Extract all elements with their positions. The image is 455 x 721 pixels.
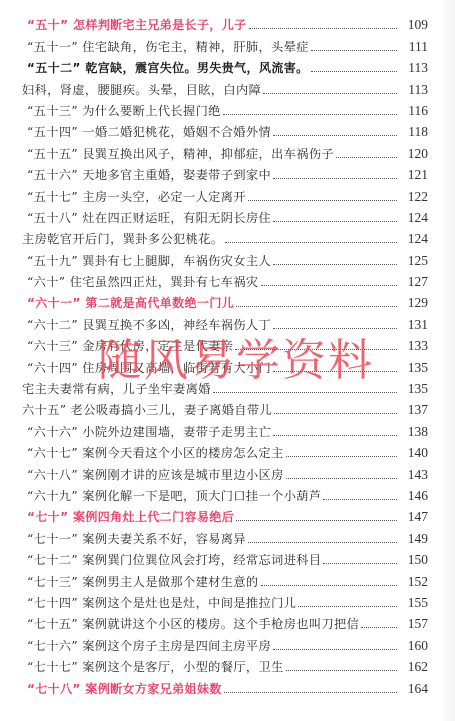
dot-leader [274,413,397,414]
toc-entry[interactable]: “六十三” 金房有代房，定主是代妻亲133 [0,333,455,354]
toc-entry-title: “七十八” 案例断女方家兄弟姐妹数 [27,681,222,697]
toc-entry[interactable]: “六十八” 案例刚才讲的应该是城市里边小区房143 [0,461,455,482]
toc-entry-title: “五十六” 天地多官主重婚，娶妻带子到家中 [27,167,271,183]
toc-entry-page-number: 135 [399,381,428,397]
toc-entry[interactable]: 主房乾官开后门，巽卦多公犯桃花。124 [0,226,455,247]
toc-entry[interactable]: “七十四” 案例这个是灶也是灶，中间是推拉门儿155 [0,590,455,611]
toc-entry[interactable]: “五十九” 巽卦有七上腿脚，车祸伤灾女主人125 [0,247,455,268]
dot-leader [311,50,397,51]
toc-entry-title: “七十三” 案例男主人是做那个建材生意的 [27,574,259,590]
toc-entry-title: “六十四” 住房周围又高墙，临街若有大小门 [27,360,271,376]
toc-entry-page-number: 143 [399,467,428,483]
toc-entry-title: “五十三” 为什么要断上代长握门绝 [27,103,221,119]
dot-leader [336,157,397,158]
toc-entry[interactable]: “五十一” 住宅缺角，伤宅主，精神，肝肺，头晕症111 [0,33,455,54]
toc-entry-title: “五十五” 艮巽互换出风子，精神，抑郁症，出车祸伤子 [27,146,334,162]
toc-entry-page-number: 147 [399,509,428,525]
toc-entry-page-number: 149 [399,531,428,547]
toc-entry-page-number: 162 [399,659,428,675]
toc-entry[interactable]: “六十四” 住房周围又高墙，临街若有大小门135 [0,354,455,375]
dot-leader [273,435,397,436]
toc-entry[interactable]: 妇科，肾虚，腰腿疾。头晕，目眩，白内障113 [0,76,455,97]
toc-entry-page-number: 121 [399,167,428,183]
dot-leader [286,478,397,479]
toc-entry[interactable]: “五十七” 主房一头空，必定一人定离开122 [0,183,455,204]
toc-entry-title: “五十七” 主房一头空，必定一人定离开 [27,189,246,205]
dot-leader [213,392,397,393]
toc-entry-page-number: 152 [399,574,428,590]
toc-entry-title: “五十二” 乾宫缺，震宫失位。男失贵气，风流害。 [27,60,309,76]
toc-entry[interactable]: “五十三” 为什么要断上代长握门绝116 [0,98,455,119]
dot-leader [235,349,397,350]
toc-entry[interactable]: “六十一” 第二就是高代单数绝一门儿129 [0,290,455,311]
toc-entry-page-number: 138 [399,424,428,440]
dot-leader [273,371,397,372]
dot-leader [261,285,397,286]
toc-entry-page-number: 111 [399,39,428,55]
dot-leader [323,563,397,564]
toc-entry-title: “五十四” 一婚二婚犯桃花，婚姻不合婚外情 [27,124,271,140]
toc-entry-page-number: 129 [399,295,428,311]
toc-entry-page-number: 157 [399,616,428,632]
toc-entry[interactable]: 宅主夫妻常有病，儿子坐牢妻离婚135 [0,376,455,397]
toc-entry[interactable]: “五十六” 天地多官主重婚，娶妻带子到家中121 [0,162,455,183]
page-edge-shadow [441,0,455,721]
toc-entry-page-number: 125 [399,253,428,269]
dot-leader [361,627,397,628]
dot-leader [286,670,397,671]
toc-entry-page-number: 133 [399,338,428,354]
dot-leader [286,456,397,457]
toc-entry-page-number: 131 [399,317,428,333]
toc-entry-title: “六十三” 金房有代房，定主是代妻亲 [27,338,233,354]
toc-entry-title: “五十八” 灶在四正财运旺，有阳无阴长房住 [27,210,271,226]
toc-entry-title: 妇科，肾虚，腰腿疾。头晕，目眩，白内障 [22,82,261,98]
toc-entry-title: “五十九” 巽卦有七上腿脚，车祸伤灾女主人 [27,253,271,269]
toc-entry-page-number: 150 [399,552,428,568]
toc-entry-title: 宅主夫妻常有病，儿子坐牢妻离婚 [22,381,211,397]
toc-entry[interactable]: “五十四” 一婚二婚犯桃花，婚姻不合婚外情118 [0,119,455,140]
dot-leader [273,221,397,222]
toc-entry-page-number: 135 [399,360,428,376]
toc-entry[interactable]: “七十二” 案例巽门位巽位风会打垮，经常忘词进科目150 [0,547,455,568]
toc-entry[interactable]: “六十” 住宅虽然四正灶，巽卦有七车祸灾127 [0,269,455,290]
toc-entry-page-number: 124 [399,231,428,247]
toc-entry-title: “七十二” 案例巽门位巽位风会打垮，经常忘词进科目 [27,552,321,568]
dot-leader [273,328,397,329]
toc-entry-title: “六十一” 第二就是高代单数绝一门儿 [27,295,234,311]
dot-leader [273,135,397,136]
toc-entry[interactable]: “七十八” 案例断女方家兄弟姐妹数164 [0,675,455,696]
toc-entry-title: “七十四” 案例这个是灶也是灶，中间是推拉门儿 [27,595,296,611]
toc-entry-title: “七十一” 案例夫妻关系不好，容易离异 [27,531,246,547]
dot-leader [273,178,397,179]
dot-leader [236,520,397,521]
toc-entry-title: 主房乾官开后门，巽卦多公犯桃花。 [22,231,223,247]
toc-entry[interactable]: “七十七” 案例这个是客厅，小型的餐厅，卫生162 [0,654,455,675]
toc-entry-page-number: 146 [399,488,428,504]
dot-leader [298,606,397,607]
table-of-contents: “五十” 怎样判断宅主兄弟是长子，儿子109“五十一” 住宅缺角，伤宅主，精神，… [0,12,455,697]
dot-leader [263,93,397,94]
toc-entry[interactable]: “七十六” 案例这个房子主房是四间主房平房160 [0,632,455,653]
toc-entry[interactable]: 六十五” 老公吸毒搞小三儿，妻子离婚自带儿137 [0,397,455,418]
dot-leader [248,542,397,543]
toc-entry-title: “七十五” 案例就讲这个小区的楼房。这个手枪房也叫刀把信 [27,616,359,632]
toc-entry[interactable]: “七十三” 案例男主人是做那个建材生意的152 [0,568,455,589]
toc-entry-page-number: 127 [399,274,428,290]
toc-entry[interactable]: “五十五” 艮巽互换出风子，精神，抑郁症，出车祸伤子120 [0,140,455,161]
dot-leader [261,585,397,586]
toc-entry-page-number: 120 [399,146,428,162]
dot-leader [223,114,397,115]
toc-entry-title: “六十八” 案例刚才讲的应该是城市里边小区房 [27,467,284,483]
toc-entry[interactable]: “七十” 案例四角灶上代二门容易绝后147 [0,504,455,525]
dot-leader [236,306,397,307]
toc-entry[interactable]: “五十二” 乾宫缺，震宫失位。男失贵气，风流害。113 [0,55,455,76]
toc-entry-title: “七十” 案例四角灶上代二门容易绝后 [27,509,234,525]
dot-leader [248,200,397,201]
toc-entry-page-number: 155 [399,595,428,611]
toc-entry-page-number: 160 [399,638,428,654]
dot-leader [311,71,397,72]
dot-leader [224,692,397,693]
toc-entry[interactable]: “五十” 怎样判断宅主兄弟是长子，儿子109 [0,12,455,33]
toc-entry-page-number: 116 [399,103,428,119]
toc-entry-title: “五十一” 住宅缺角，伤宅主，精神，肝肺，头晕症 [27,39,309,55]
toc-entry[interactable]: “七十一” 案例夫妻关系不好，容易离异149 [0,525,455,546]
toc-entry-page-number: 137 [399,402,428,418]
toc-entry-title: “六十” 住宅虽然四正灶，巽卦有七车祸灾 [27,274,259,290]
toc-entry[interactable]: “六十九” 案例化解一下是吧，顶大门口挂一个小葫芦146 [0,483,455,504]
toc-entry-page-number: 109 [399,17,428,33]
toc-entry-page-number: 122 [399,189,428,205]
dot-leader [225,242,397,243]
toc-entry-title: “六十六” 小院外边建围墙，妻带子走男主亡 [27,424,271,440]
toc-entry-title: “七十七” 案例这个是客厅，小型的餐厅，卫生 [27,659,284,675]
dot-leader [323,499,397,500]
toc-entry-title: “七十六” 案例这个房子主房是四间主房平房 [27,638,271,654]
dot-leader [249,28,397,29]
dot-leader [273,649,397,650]
toc-entry[interactable]: “七十五” 案例就讲这个小区的楼房。这个手枪房也叫刀把信157 [0,611,455,632]
toc-entry-page-number: 164 [399,681,428,697]
toc-entry-page-number: 124 [399,210,428,226]
toc-entry-page-number: 113 [399,60,428,76]
toc-entry-title: 六十五” 老公吸毒搞小三儿，妻子离婚自带儿 [22,402,272,418]
toc-entry[interactable]: “六十二” 艮巽互换不多凶，神经车祸伤人丁131 [0,311,455,332]
toc-entry[interactable]: “六十七” 案例今天看这个小区的楼房怎么定主140 [0,440,455,461]
dot-leader [273,264,397,265]
toc-entry-page-number: 118 [399,124,428,140]
toc-entry-title: “六十二” 艮巽互换不多凶，神经车祸伤人丁 [27,317,271,333]
toc-entry[interactable]: “五十八” 灶在四正财运旺，有阳无阴长房住124 [0,205,455,226]
toc-entry[interactable]: “六十六” 小院外边建围墙，妻带子走男主亡138 [0,418,455,439]
toc-entry-page-number: 140 [399,445,428,461]
toc-entry-title: “五十” 怎样判断宅主兄弟是长子，儿子 [27,17,247,33]
toc-entry-title: “六十七” 案例今天看这个小区的楼房怎么定主 [27,445,284,461]
toc-entry-page-number: 113 [399,82,428,98]
toc-entry-title: “六十九” 案例化解一下是吧，顶大门口挂一个小葫芦 [27,488,321,504]
